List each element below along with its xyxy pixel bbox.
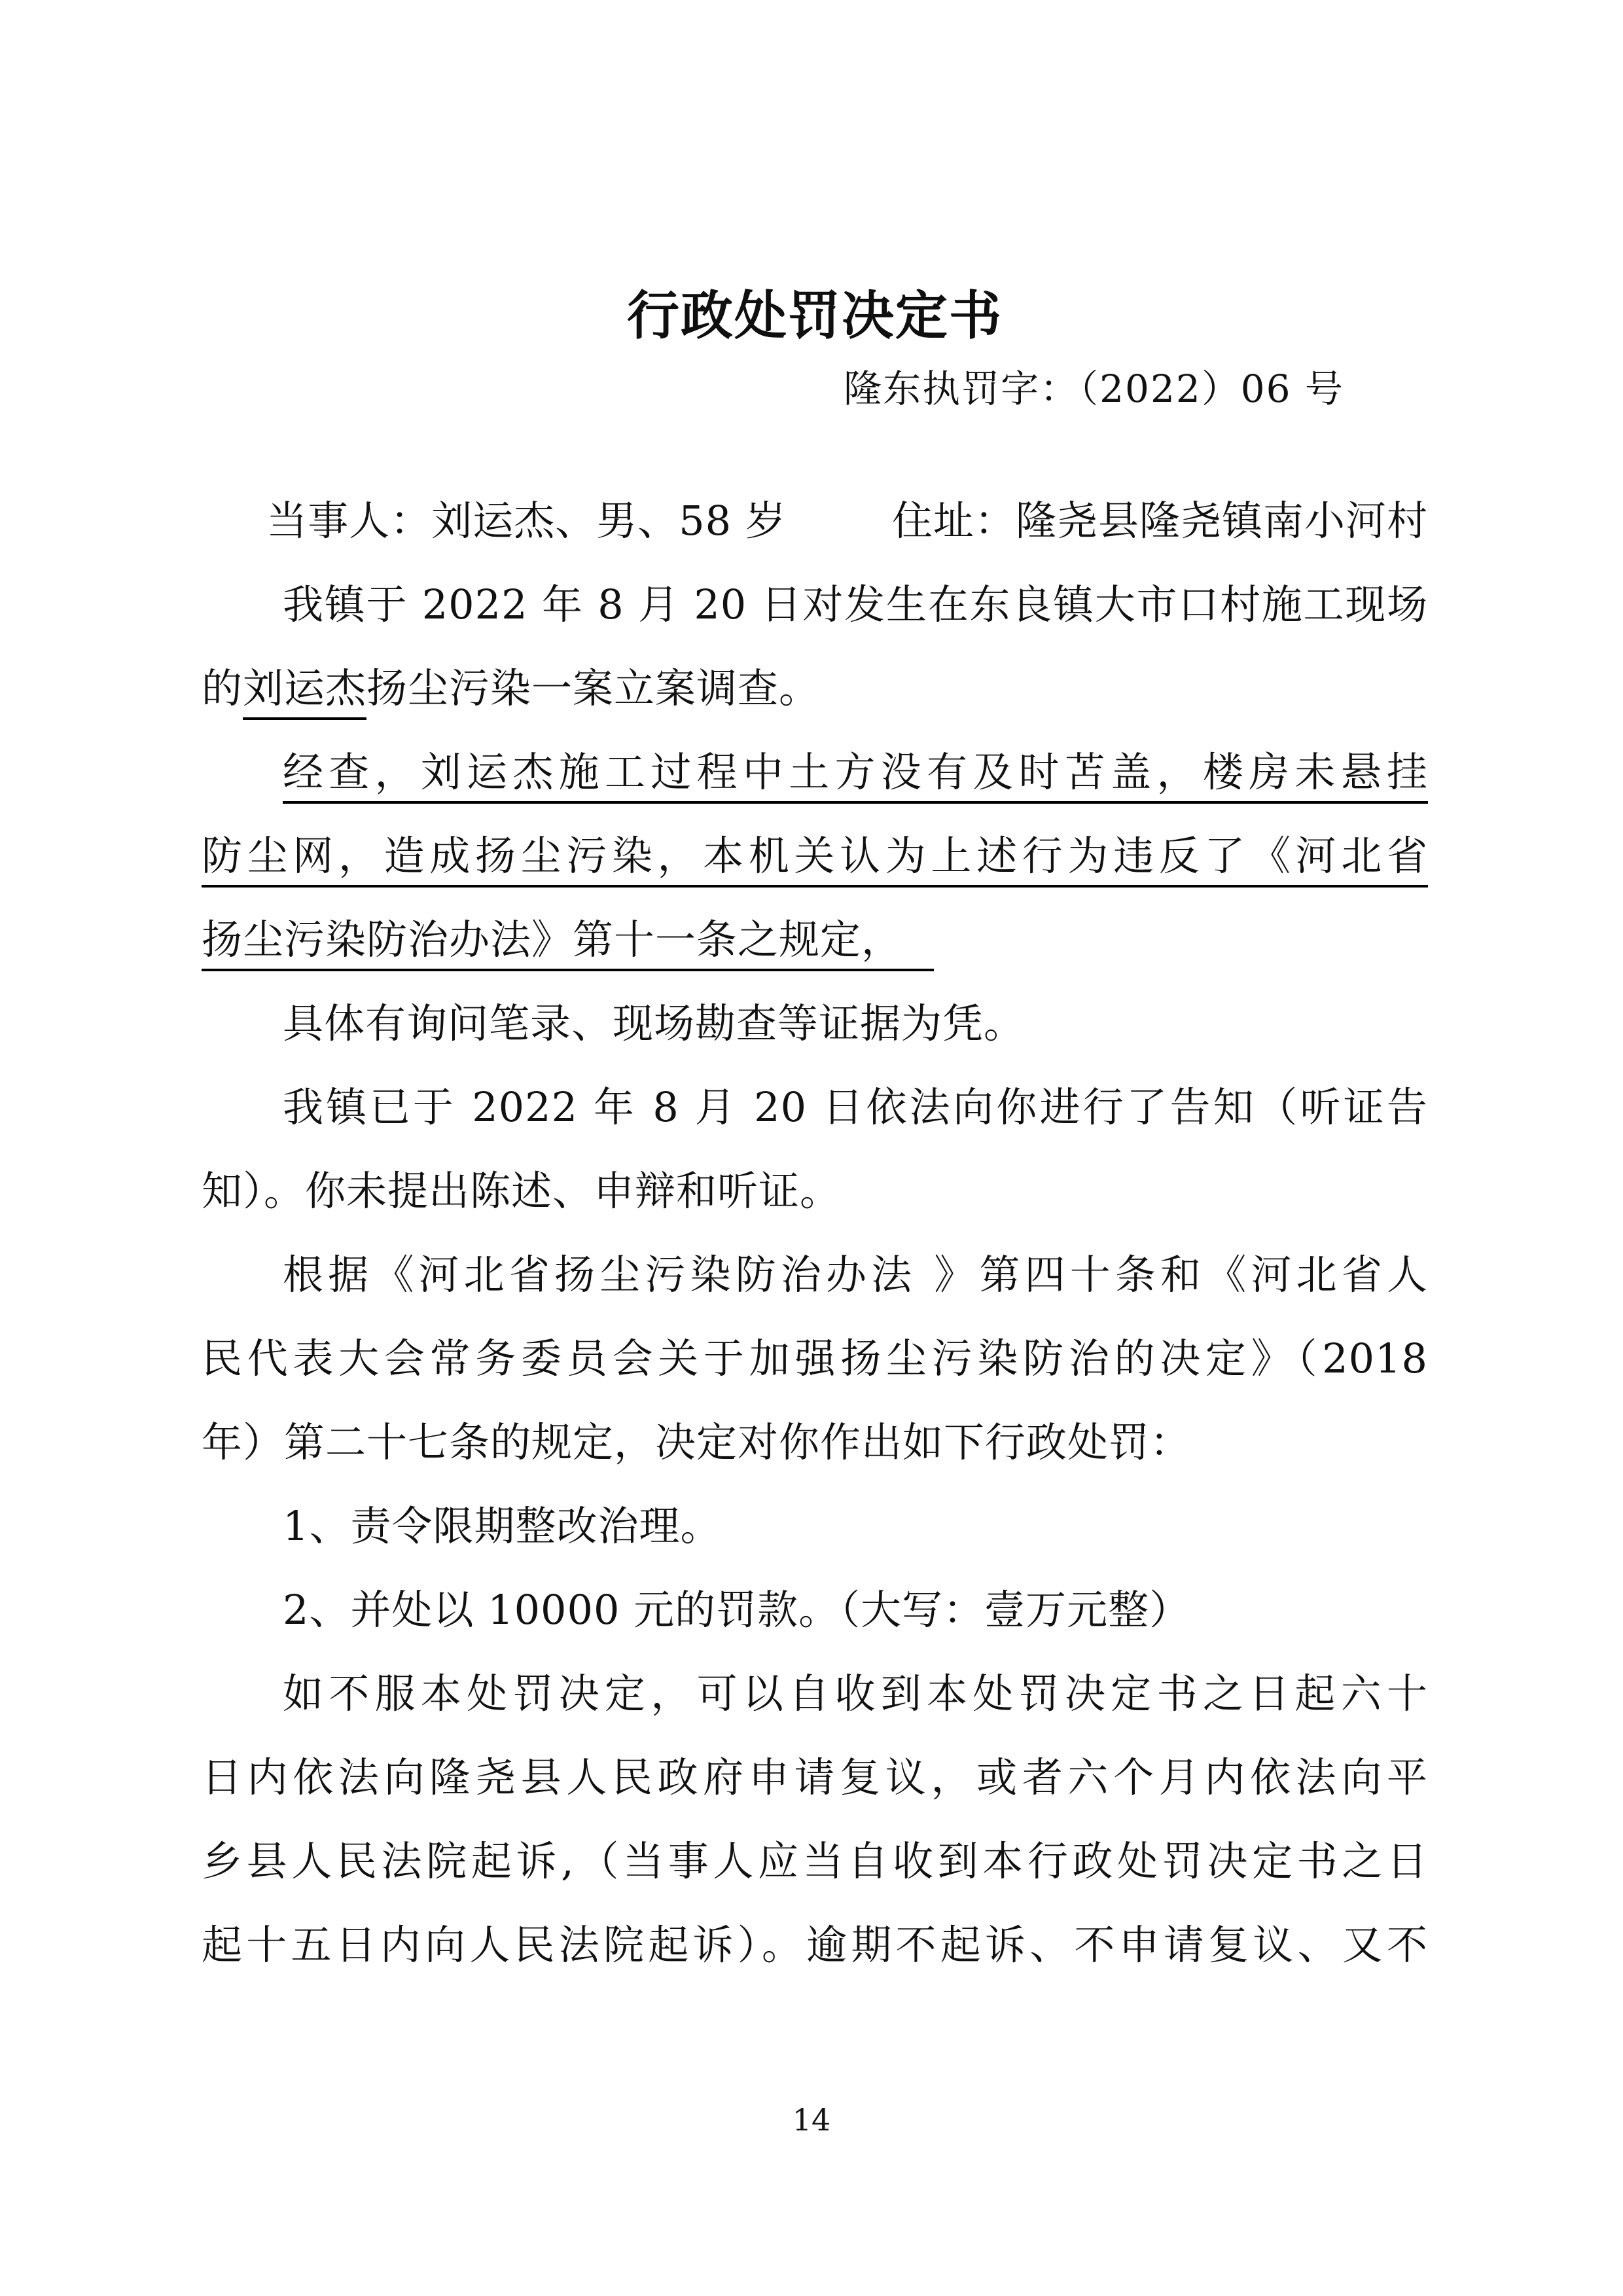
underlined-findings-text: 扬尘污染防治办法》第十一条之规定， [202, 916, 934, 971]
body-text: 年）第二十七条的规定，决定对你作出如下行政处罚： [202, 1418, 1191, 1466]
line-notification-2: 知）。你未提出陈述、申辩和听证。 [202, 1149, 1428, 1233]
line-evidence: 具体有询问笔录、现场勘查等证据为凭。 [202, 982, 1428, 1066]
document-content: 行政处罚决定书 隆东执罚字：（2022）06 号 当事人：刘运杰、男、58 岁 … [202, 280, 1428, 1987]
party-identity-text: 当事人：刘运杰、男、58 岁 [266, 479, 787, 563]
body-text: 扬尘污染一案立案调查。 [366, 664, 820, 712]
body-text: 2、并处以 10000 元的罚款。（大写：壹万元整） [283, 1586, 1190, 1634]
underlined-findings-text: 防尘网，造成扬尘污染，本机关认为上述行为违反了《河北省 [202, 832, 1428, 888]
line-findings-1: 经查，刘运杰施工过程中土方没有及时苫盖，楼房未悬挂 [202, 730, 1428, 814]
line-case-filing-2: 的刘运杰扬尘污染一案立案调查。 [202, 647, 1428, 730]
line-appeal-rights-2: 日内依法向隆尧县人民政府申请复议，或者六个月内依法向平 [202, 1736, 1428, 1820]
body-text: 乡县人民法院起诉,（当事人应当自收到本行政处罚决定书之日 [202, 1837, 1428, 1885]
body-text: 1、责令限期整改治理。 [283, 1502, 721, 1550]
body-text: 起十五日内向人民法院起诉）。逾期不起诉、不申请复议、又不 [202, 1921, 1428, 1969]
line-findings-2: 防尘网，造成扬尘污染，本机关认为上述行为违反了《河北省 [202, 814, 1428, 898]
body-text: 根据《河北省扬尘污染防治办法 》第四十条和《河北省人 [283, 1251, 1428, 1299]
body-text: 民代表大会常务委员会关于加强扬尘污染防治的决定》（2018 [202, 1335, 1428, 1382]
body-text: 日内依法向隆尧县人民政府申请复议，或者六个月内依法向平 [202, 1753, 1428, 1801]
document-number: 隆东执罚字：（2022）06 号 [202, 361, 1344, 416]
line-party-info: 当事人：刘运杰、男、58 岁 住址：隆尧县隆尧镇南小河村 [202, 479, 1428, 563]
line-legal-basis-3: 年）第二十七条的规定，决定对你作出如下行政处罚： [202, 1401, 1428, 1484]
penalty-decision-document-page: 行政处罚决定书 隆东执罚字：（2022）06 号 当事人：刘运杰、男、58 岁 … [0, 0, 1623, 2296]
line-appeal-rights-4: 起十五日内向人民法院起诉）。逾期不起诉、不申请复议、又不 [202, 1903, 1428, 1987]
page-title: 行政处罚决定书 [202, 280, 1428, 352]
document-body: 当事人：刘运杰、男、58 岁 住址：隆尧县隆尧镇南小河村 我镇于 2022 年 … [202, 479, 1428, 1987]
body-text: 的 [202, 664, 243, 712]
body-text: 具体有询问笔录、现场勘查等证据为凭。 [283, 999, 1025, 1047]
line-penalty-item-1: 1、责令限期整改治理。 [202, 1484, 1428, 1568]
line-notification-1: 我镇已于 2022 年 8 月 20 日依法向你进行了告知（听证告 [202, 1066, 1428, 1149]
party-address-text: 住址：隆尧县隆尧镇南小河村 [892, 479, 1428, 563]
line-legal-basis-1: 根据《河北省扬尘污染防治办法 》第四十条和《河北省人 [202, 1233, 1428, 1317]
body-text: 知）。你未提出陈述、申辩和听证。 [202, 1167, 841, 1215]
line-penalty-item-2: 2、并处以 10000 元的罚款。（大写：壹万元整） [202, 1568, 1428, 1652]
underlined-findings-text: 经查，刘运杰施工过程中土方没有及时苫盖，楼房未悬挂 [283, 748, 1428, 804]
body-text: 我镇于 2022 年 8 月 20 日对发生在东良镇大市口村施工现场 [283, 581, 1428, 628]
line-legal-basis-2: 民代表大会常务委员会关于加强扬尘污染防治的决定》（2018 [202, 1317, 1428, 1401]
body-text: 我镇已于 2022 年 8 月 20 日依法向你进行了告知（听证告 [283, 1083, 1428, 1131]
line-appeal-rights-1: 如不服本处罚决定，可以自收到本处罚决定书之日起六十 [202, 1652, 1428, 1736]
underlined-party-name: 刘运杰 [243, 664, 366, 720]
line-appeal-rights-3: 乡县人民法院起诉,（当事人应当自收到本行政处罚决定书之日 [202, 1820, 1428, 1903]
line-findings-3: 扬尘污染防治办法》第十一条之规定， [202, 898, 1428, 982]
body-text: 如不服本处罚决定，可以自收到本处罚决定书之日起六十 [283, 1670, 1428, 1717]
page-number: 14 [0, 2102, 1623, 2138]
line-case-filing-1: 我镇于 2022 年 8 月 20 日对发生在东良镇大市口村施工现场 [202, 563, 1428, 647]
